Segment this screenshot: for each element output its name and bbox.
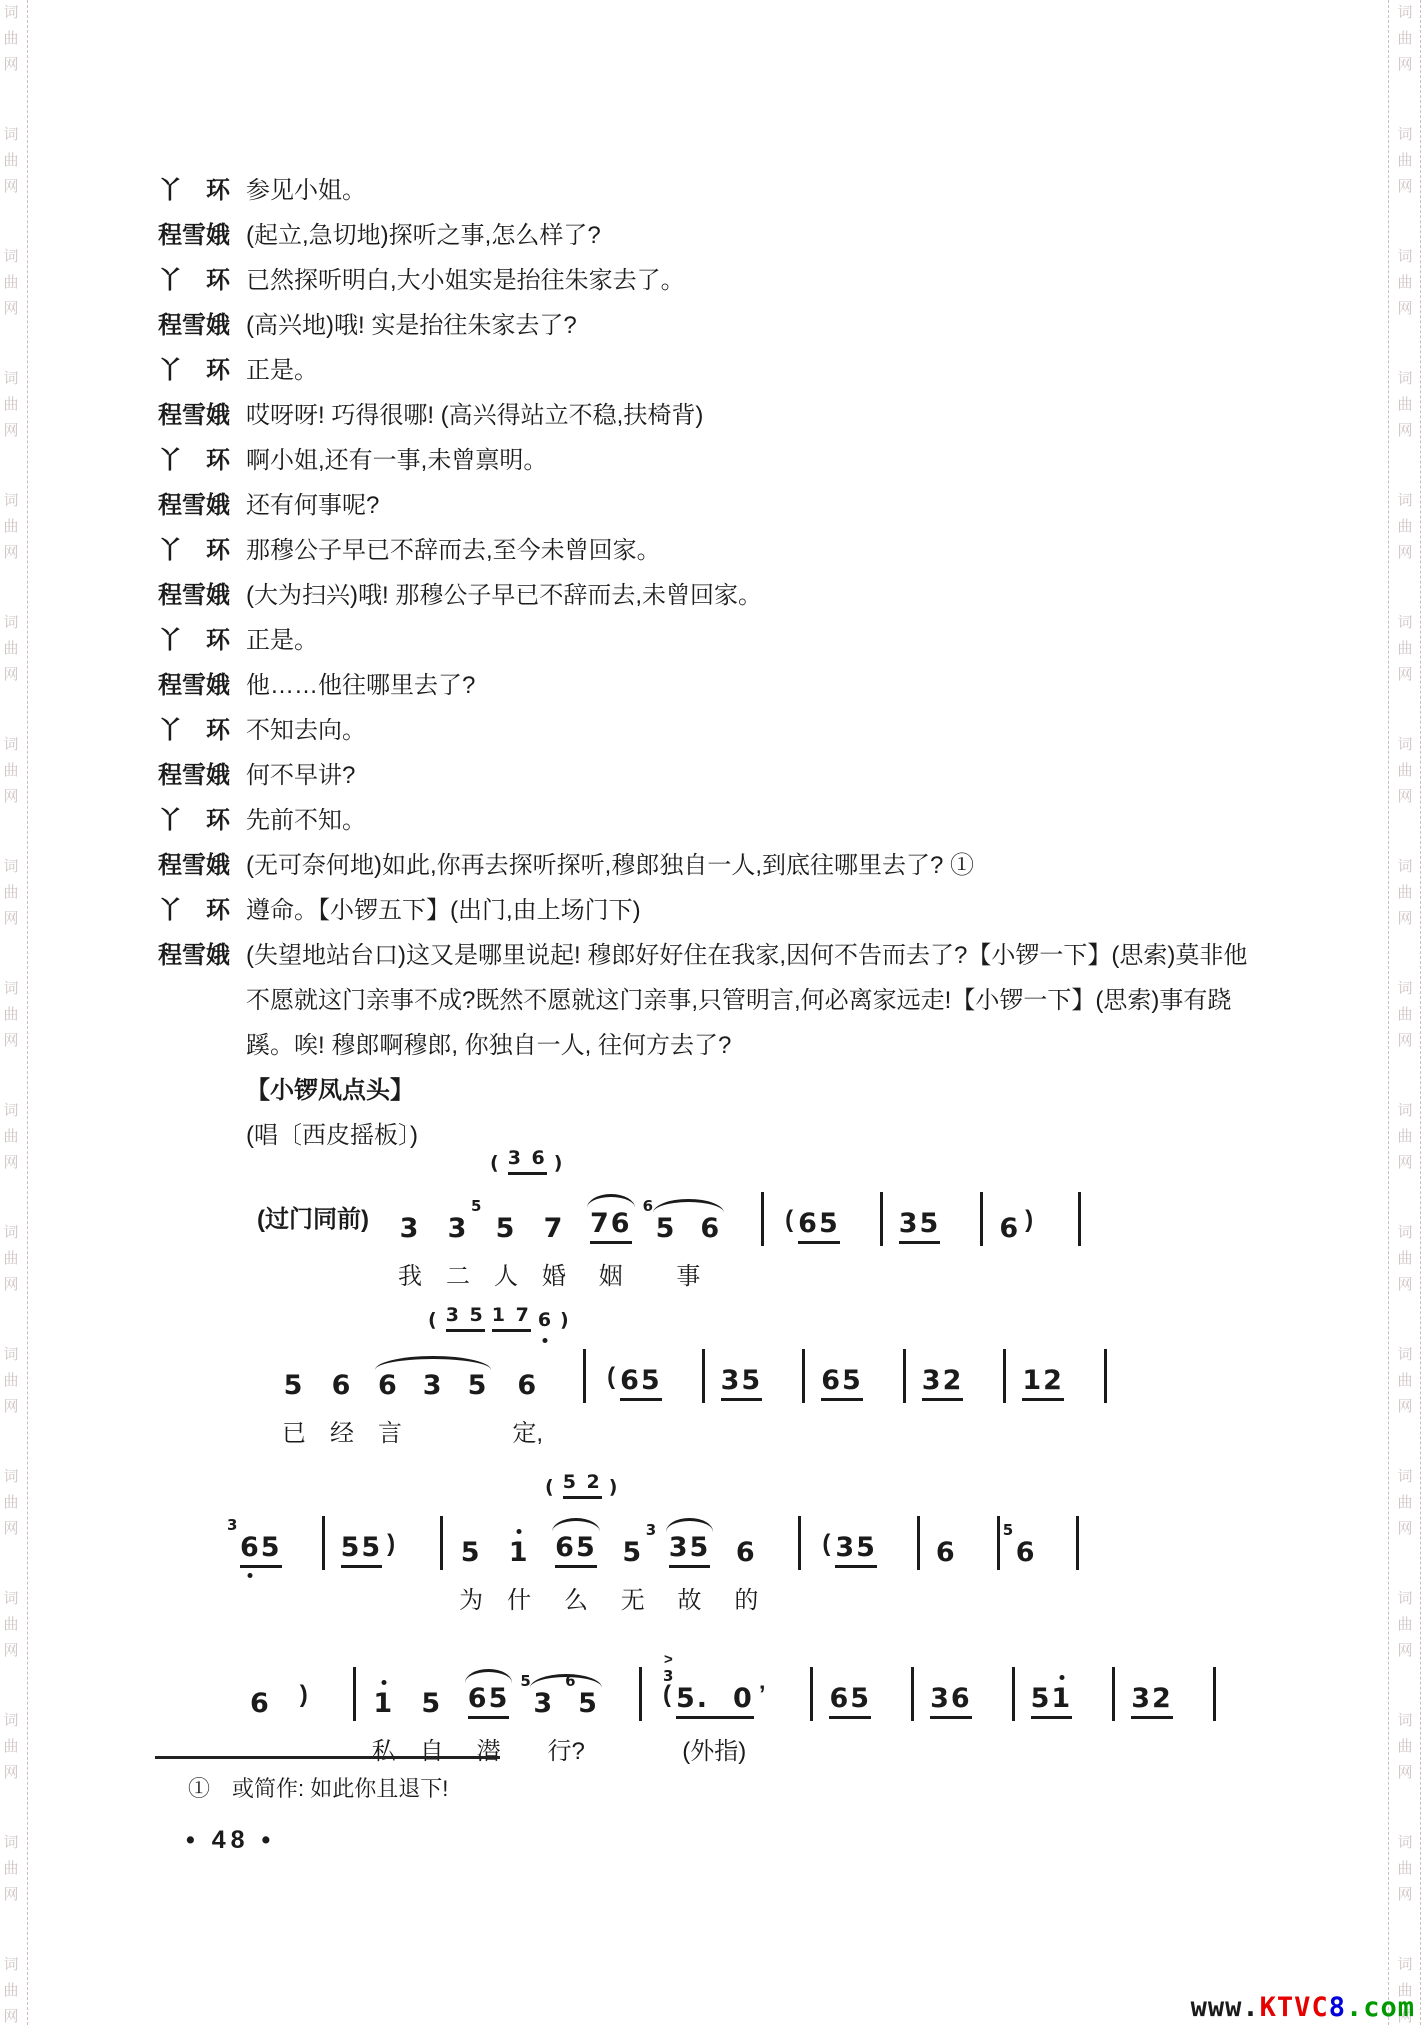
note-column: 51 xyxy=(1031,1667,1073,1719)
jianpu-note: ( xyxy=(428,1310,439,1332)
note-column: 3556行? xyxy=(533,1667,599,1766)
dialogue-line: 丫 环参见小姐。 xyxy=(158,168,1250,213)
dialogue-line: 程雪娥哎呀呀! 巧得很哪! (高兴得站立不稳,扶椅背) xyxy=(158,393,1250,438)
watermark-char: 曲 xyxy=(1397,1124,1412,1150)
accent-mark: > xyxy=(664,1651,673,1668)
note-column: (65 xyxy=(780,1192,840,1244)
jianpu-note: 76 xyxy=(590,1209,632,1244)
dialogue-text: 还有何事呢? xyxy=(246,483,1250,528)
bar-line xyxy=(880,1192,883,1246)
note-column: 35二 xyxy=(446,1192,470,1291)
watermark-char: 词 xyxy=(1397,122,1412,148)
jianpu-note: 6 xyxy=(538,1310,553,1332)
grace-note: 5 xyxy=(520,1672,530,1690)
dialogue-text: 先前不知。 xyxy=(246,798,1250,843)
inline-annotation: (5 2) xyxy=(545,1472,626,1499)
jianpu-note: 65 xyxy=(821,1366,863,1401)
watermark-char: 词 xyxy=(3,1464,18,1490)
watermark-char: 词 xyxy=(1397,244,1412,270)
watermark-char: 网 xyxy=(3,540,18,566)
jianpu-note: 53 xyxy=(622,1538,643,1568)
watermark-char: 词 xyxy=(3,122,18,148)
grace-note: 5 xyxy=(471,1197,481,1215)
tie-arc xyxy=(465,1669,513,1683)
note-group: 3556 xyxy=(533,1689,599,1719)
dialogue-line: 【小锣凤点头】 xyxy=(158,1068,1250,1113)
note-column: 6定, xyxy=(512,1349,543,1448)
inline-annotation: (3 6) xyxy=(490,1148,571,1175)
speaker-name: 丫 环 xyxy=(158,798,246,843)
watermark-char: 词 xyxy=(3,610,18,636)
watermark-char: 曲 xyxy=(3,1978,18,2004)
watermark-char: 网 xyxy=(1397,296,1412,322)
site-watermark: www.KTVC8.com xyxy=(1191,1992,1415,2023)
lyric-char: 姻 xyxy=(599,1256,623,1291)
lyric-char: 经 xyxy=(330,1413,354,1448)
octave-dot-below xyxy=(543,1338,548,1343)
watermark-char: 网 xyxy=(3,1394,18,1420)
watermark-char: 词 xyxy=(3,732,18,758)
watermark-char: 网 xyxy=(3,1760,18,1786)
watermark-char: 曲 xyxy=(3,636,18,662)
watermark-char: 词 xyxy=(1397,1220,1412,1246)
lyric-char: 已 xyxy=(282,1413,306,1448)
paren-open: ( xyxy=(822,1520,830,1568)
note-group: 635 xyxy=(378,1371,488,1401)
bar-line xyxy=(702,1349,705,1403)
watermark-group: 词曲网 xyxy=(1394,1342,1416,1420)
jianpu-note: 7 xyxy=(544,1214,565,1244)
bar-line xyxy=(322,1516,325,1570)
jianpu-note: 6 xyxy=(700,1214,721,1244)
watermark-char: 网 xyxy=(1397,662,1412,688)
dialogue-text: (大为扫兴)哦! 那穆公子早已不辞而去,未曾回家。 xyxy=(246,573,1250,618)
jianpu-note: 6 xyxy=(250,1689,271,1719)
note-column: 65 xyxy=(1016,1516,1037,1568)
watermark-char: 词 xyxy=(3,1830,18,1856)
speaker-name: 丫 环 xyxy=(158,168,246,213)
jianpu-note: 35 xyxy=(899,1209,941,1244)
note-column: 5为 xyxy=(459,1516,483,1615)
watermark-char: 网 xyxy=(1397,540,1412,566)
tie-arc xyxy=(530,1674,602,1688)
watermark-group: 词曲网 xyxy=(0,854,22,932)
bar-line xyxy=(1078,1192,1081,1246)
watermark-char: 曲 xyxy=(1397,270,1412,296)
watermark-char: 网 xyxy=(1397,1394,1412,1420)
note-group: 566 xyxy=(656,1214,722,1244)
watermark-char: 词 xyxy=(3,1952,18,1978)
watermark-char: 网 xyxy=(3,1882,18,1908)
lyric-char: 行? xyxy=(547,1731,584,1766)
note-column: 5自 xyxy=(420,1667,444,1766)
dialogue-text: (无可奈何地)如此,你再去探听探听,穆郎独自一人,到底往哪里去了? ① xyxy=(246,843,1250,888)
speaker-name: 丫 环 xyxy=(158,708,246,753)
speaker-name: 丫 环 xyxy=(158,618,246,663)
tie-arc xyxy=(552,1518,600,1532)
grace-note: 3 xyxy=(663,1667,673,1685)
jianpu-note: 6 xyxy=(736,1538,757,1568)
bar-line xyxy=(1213,1667,1216,1721)
jianpu-note: 5 2 xyxy=(563,1472,602,1499)
watermark-char: 词 xyxy=(3,1342,18,1368)
left-dashed-border xyxy=(27,0,28,2025)
watermark-group: 词曲网 xyxy=(1394,1098,1416,1176)
watermark-char: 曲 xyxy=(1397,880,1412,906)
watermark-char: 曲 xyxy=(3,1612,18,1638)
dialogue-text: 何不早讲? xyxy=(246,753,1250,798)
jianpu-note: 65 xyxy=(1016,1538,1037,1568)
watermark-char: 词 xyxy=(1397,1098,1412,1124)
music-line-3: (5 2)65355)5为1什65么53无35故6的(35665 xyxy=(240,1472,1095,1615)
bar-line xyxy=(353,1667,356,1721)
watermark-group: 词曲网 xyxy=(1394,976,1416,1054)
watermark-group: 词曲网 xyxy=(0,1586,22,1664)
dialogue-line: 丫 环先前不知。 xyxy=(158,798,1250,843)
note-column: 65么 xyxy=(555,1516,597,1615)
dialogue-line: 丫 环遵命。【小锣五下】(出门,由上场门下) xyxy=(158,888,1250,933)
watermark-char: 词 xyxy=(3,854,18,880)
watermark-char: 词 xyxy=(1397,0,1412,26)
note-column: 7婚 xyxy=(542,1192,566,1291)
jianpu-note: 5 xyxy=(496,1214,517,1244)
dialogue-text: 正是。 xyxy=(246,618,1250,663)
lyric-char: 什 xyxy=(507,1580,531,1615)
note-column: 32 xyxy=(922,1349,964,1401)
watermark-group: 词曲网 xyxy=(0,1098,22,1176)
music-line-2: (3 51 76)5已6经635言6定,(6535653212 xyxy=(282,1305,1123,1448)
jianpu-note: 55 xyxy=(341,1533,383,1568)
bar-line xyxy=(911,1667,914,1721)
watermark-char: 曲 xyxy=(1397,514,1412,540)
bar-line xyxy=(1104,1349,1107,1403)
watermark-group: 词曲网 xyxy=(0,1830,22,1908)
note-column: 35 xyxy=(899,1192,941,1244)
dialogue-text: 不知去向。 xyxy=(246,708,1250,753)
bar-line xyxy=(1076,1516,1079,1570)
note-column: 65 xyxy=(829,1667,871,1719)
watermark-char: 词 xyxy=(3,1220,18,1246)
watermark-char: 曲 xyxy=(1397,148,1412,174)
watermark-char: 曲 xyxy=(1397,1002,1412,1028)
note-column: (65 xyxy=(602,1349,662,1401)
paren-open: ( xyxy=(785,1196,793,1244)
lyric-char: 婚 xyxy=(542,1256,566,1291)
jianpu-note: 3 5 xyxy=(446,1305,485,1332)
watermark-char: 网 xyxy=(1397,784,1412,810)
dialogue-line: 丫 环不知去向。 xyxy=(158,708,1250,753)
site-watermark-part: KTVC xyxy=(1260,1992,1329,2023)
dialogue-line: 程雪娥(高兴地)哦! 实是抬往朱家去了? xyxy=(158,303,1250,348)
watermark-char: 词 xyxy=(1397,854,1412,880)
note-column: 35 xyxy=(721,1349,763,1401)
inline-text: ) xyxy=(300,1671,308,1719)
jianpu-note: ( xyxy=(490,1153,501,1175)
speaker-name: 丫 环 xyxy=(158,438,246,483)
jianpu-note: 35 xyxy=(533,1689,554,1719)
note-column: 5已 xyxy=(282,1349,306,1448)
watermark-char: 曲 xyxy=(3,1246,18,1272)
watermark-char: 网 xyxy=(3,52,18,78)
note-column: (过门同前) xyxy=(252,1192,374,1244)
watermark-char: 词 xyxy=(3,366,18,392)
speaker-name: 丫 环 xyxy=(158,888,246,933)
watermark-char: 网 xyxy=(1397,1638,1412,1664)
watermark-char: 曲 xyxy=(3,514,18,540)
lyric-char: 无 xyxy=(621,1580,645,1615)
watermark-char: 网 xyxy=(1397,1516,1412,1542)
watermark-char: 曲 xyxy=(3,26,18,52)
paren-close: ) xyxy=(387,1520,395,1568)
dialogue-line: 丫 环正是。 xyxy=(158,348,1250,393)
bar-line xyxy=(761,1192,764,1246)
lyric-char: (外指) xyxy=(682,1731,746,1766)
note-column: 635言 xyxy=(378,1349,488,1448)
jianpu-note: 6 xyxy=(999,1214,1020,1244)
note-column: 55) xyxy=(341,1516,401,1568)
watermark-char: 曲 xyxy=(1397,1734,1412,1760)
watermark-char: 词 xyxy=(1397,1586,1412,1612)
jianpu-note: 5 xyxy=(284,1371,305,1401)
watermark-char: 曲 xyxy=(3,1124,18,1150)
jianpu-note: 0 xyxy=(733,1684,754,1714)
bar-line xyxy=(903,1349,906,1403)
jianpu-note: 65 xyxy=(620,1366,662,1401)
lyric-char: 为 xyxy=(459,1580,483,1615)
note-column: 65 xyxy=(821,1349,863,1401)
lyric-char: 定, xyxy=(512,1413,543,1448)
jianpu-note: 653 xyxy=(240,1533,282,1568)
note-column: 566事 xyxy=(656,1192,722,1291)
dialogue-line: 程雪娥(大为扫兴)哦! 那穆公子早已不辞而去,未曾回家。 xyxy=(158,573,1250,618)
watermark-char: 曲 xyxy=(1397,1246,1412,1272)
jianpu-note: 3 xyxy=(400,1214,421,1244)
jianpu-note: 3 6 xyxy=(508,1148,547,1175)
site-watermark-part: .com xyxy=(1346,1992,1415,2023)
watermark-char: 词 xyxy=(1397,976,1412,1002)
lyric-char: 自 xyxy=(420,1731,444,1766)
watermark-group: 词曲网 xyxy=(0,1464,22,1542)
jianpu-note: 35 xyxy=(448,1214,469,1244)
watermark-group: 词曲网 xyxy=(1394,1220,1416,1298)
watermark-char: 网 xyxy=(3,2004,18,2025)
bar-line xyxy=(1112,1667,1115,1721)
music-line-1: (3 6)(过门同前)3我35二5人7婚76姻566事(65356) xyxy=(252,1148,1097,1291)
watermark-char: 词 xyxy=(1397,1952,1412,1978)
music-line-4: 6)1私5自65潜3556行?(5.3>0’(外指)65365132 xyxy=(250,1642,1232,1766)
bar-line xyxy=(639,1667,642,1721)
jianpu-note: ) xyxy=(560,1310,571,1332)
dialogue-line: 丫 环已然探听明白,大小姐实是抬往朱家去了。 xyxy=(158,258,1250,303)
footnote-text: ① 或简作: 如此你且退下! xyxy=(188,1772,448,1803)
watermark-group: 词曲网 xyxy=(1394,244,1416,322)
note-column: ) xyxy=(295,1667,313,1719)
note-column: 3我 xyxy=(398,1192,422,1291)
grace-note: 3 xyxy=(227,1516,237,1534)
watermark-char: 网 xyxy=(3,1516,18,1542)
watermark-group: 词曲网 xyxy=(1394,488,1416,566)
speaker-name: 程雪娥 xyxy=(158,933,246,978)
note-column: 36 xyxy=(930,1667,972,1719)
dialogue-text: (失望地站台口)这又是哪里说起! 穆郎好好住在我家,因何不告而去了?【小锣一下】… xyxy=(246,933,1250,1068)
grace-note: 3 xyxy=(646,1521,656,1539)
score-page: 词曲网词曲网词曲网词曲网词曲网词曲网词曲网词曲网词曲网词曲网词曲网词曲网词曲网词… xyxy=(0,0,1425,2025)
footnote-rule xyxy=(155,1756,500,1759)
octave-dot-above xyxy=(1059,1675,1064,1680)
note-column: 653 xyxy=(240,1516,282,1568)
watermark-char: 网 xyxy=(3,784,18,810)
watermark-char: 词 xyxy=(1397,1708,1412,1734)
watermark-group: 词曲网 xyxy=(0,244,22,322)
watermark-group: 词曲网 xyxy=(1394,1586,1416,1664)
watermark-char: 曲 xyxy=(3,758,18,784)
note-column: 1私 xyxy=(372,1667,396,1766)
jianpu-note: ) xyxy=(609,1477,620,1499)
watermark-char: 网 xyxy=(3,662,18,688)
dialogue-text: 【小锣凤点头】 xyxy=(246,1068,1250,1113)
watermark-char: 网 xyxy=(3,1150,18,1176)
watermark-char: 曲 xyxy=(3,1856,18,1882)
bar-line xyxy=(917,1516,920,1570)
watermark-char: 词 xyxy=(1397,1830,1412,1856)
bar-line xyxy=(802,1349,805,1403)
watermark-group: 词曲网 xyxy=(0,976,22,1054)
note-column: 6的 xyxy=(734,1516,758,1615)
jianpu-note: 65 xyxy=(468,1684,510,1719)
speaker-name: 程雪娥 xyxy=(158,393,246,438)
watermark-char: 网 xyxy=(3,418,18,444)
jianpu-note: ) xyxy=(554,1153,565,1175)
watermark-char: 词 xyxy=(1397,1342,1412,1368)
jianpu-note: 56 xyxy=(656,1214,677,1244)
lyric-char: 我 xyxy=(398,1256,422,1291)
bar-line xyxy=(810,1667,813,1721)
note-column: 65潜 xyxy=(468,1667,510,1766)
watermark-char: 曲 xyxy=(3,1734,18,1760)
watermark-char: 曲 xyxy=(1397,758,1412,784)
note-group: 5.3>0 xyxy=(676,1684,754,1719)
dialogue-text: 他……他往哪里去了? xyxy=(246,663,1250,708)
right-outer-dashed-border xyxy=(1420,0,1421,2025)
tie-arc xyxy=(375,1356,491,1370)
note-column: 76姻 xyxy=(590,1192,632,1291)
jianpu-note: 5.3> xyxy=(676,1684,709,1714)
left-edge-watermark: 词曲网词曲网词曲网词曲网词曲网词曲网词曲网词曲网词曲网词曲网词曲网词曲网词曲网词… xyxy=(0,0,22,2025)
speaker-name: 丫 环 xyxy=(158,348,246,393)
jianpu-note: 6 xyxy=(378,1371,399,1401)
watermark-group: 词曲网 xyxy=(0,1342,22,1420)
watermark-group: 词曲网 xyxy=(0,610,22,688)
watermark-char: 曲 xyxy=(1397,392,1412,418)
watermark-group: 词曲网 xyxy=(0,122,22,200)
octave-dot-above xyxy=(517,1529,522,1534)
watermark-char: 网 xyxy=(1397,52,1412,78)
dialogue-line: 程雪娥(无可奈何地)如此,你再去探听探听,穆郎独自一人,到底往哪里去了? ① xyxy=(158,843,1250,888)
note-column: 5人 xyxy=(494,1192,518,1291)
paren-close: ’ xyxy=(759,1671,766,1719)
dialogue-line: 程雪娥(失望地站台口)这又是哪里说起! 穆郎好好住在我家,因何不告而去了?【小锣… xyxy=(158,933,1250,1068)
lyric-char: 人 xyxy=(494,1256,518,1291)
jianpu-note: 35 xyxy=(721,1366,763,1401)
watermark-char: 网 xyxy=(3,1272,18,1298)
watermark-group: 词曲网 xyxy=(0,732,22,810)
note-column: 12 xyxy=(1022,1349,1064,1401)
watermark-char: 网 xyxy=(1397,174,1412,200)
note-column: 32 xyxy=(1131,1667,1173,1719)
dialogue-line: 程雪娥他……他往哪里去了? xyxy=(158,663,1250,708)
watermark-char: 网 xyxy=(3,296,18,322)
watermark-char: 词 xyxy=(3,976,18,1002)
tie-arc xyxy=(666,1518,714,1532)
bar-line xyxy=(1003,1349,1006,1403)
watermark-char: 词 xyxy=(3,1586,18,1612)
jianpu-note: 35 xyxy=(669,1533,711,1568)
dialogue-line: 程雪娥(起立,急切地)探听之事,怎么样了? xyxy=(158,213,1250,258)
speaker-name: 程雪娥 xyxy=(158,483,246,528)
bar-line xyxy=(1012,1667,1015,1721)
jianpu-note: 3 xyxy=(423,1371,444,1401)
note-column: 1什 xyxy=(507,1516,531,1615)
watermark-char: 词 xyxy=(1397,610,1412,636)
dialogue-line: 丫 环正是。 xyxy=(158,618,1250,663)
lyric-char: 故 xyxy=(678,1580,702,1615)
grace-note: 6 xyxy=(643,1197,653,1215)
watermark-group: 词曲网 xyxy=(0,0,22,78)
watermark-char: 曲 xyxy=(1397,1490,1412,1516)
watermark-char: 网 xyxy=(1397,418,1412,444)
lyric-char: 事 xyxy=(676,1256,700,1291)
watermark-char: 曲 xyxy=(1397,26,1412,52)
watermark-char: 曲 xyxy=(1397,636,1412,662)
jianpu-note: 1 7 xyxy=(492,1305,531,1332)
tie-arc xyxy=(653,1199,725,1213)
watermark-char: 词 xyxy=(1397,366,1412,392)
jianpu-note: 35 xyxy=(835,1533,877,1568)
paren-open: ( xyxy=(607,1353,615,1401)
jianpu-note: ( xyxy=(545,1477,556,1499)
jianpu-note: 5 xyxy=(461,1538,482,1568)
dialogue-text: (高兴地)哦! 实是抬往朱家去了? xyxy=(246,303,1250,348)
watermark-char: 曲 xyxy=(3,148,18,174)
note-column: 6 xyxy=(936,1516,957,1568)
speaker-name: 程雪娥 xyxy=(158,573,246,618)
bar-line xyxy=(440,1516,443,1570)
watermark-char: 词 xyxy=(1397,1464,1412,1490)
jianpu-note: 32 xyxy=(1131,1684,1173,1719)
watermark-group: 词曲网 xyxy=(1394,1464,1416,1542)
dialogue-text: 哎呀呀! 巧得很哪! (高兴得站立不稳,扶椅背) xyxy=(246,393,1250,438)
watermark-char: 网 xyxy=(1397,1882,1412,1908)
watermark-group: 词曲网 xyxy=(1394,0,1416,78)
watermark-char: 曲 xyxy=(1397,1856,1412,1882)
lyric-char: 潜 xyxy=(477,1731,501,1766)
jianpu-note: 65 xyxy=(798,1209,840,1244)
jianpu-note: 32 xyxy=(922,1366,964,1401)
right-dashed-border xyxy=(1388,0,1389,2025)
watermark-char: 词 xyxy=(3,0,18,26)
speaker-name: 程雪娥 xyxy=(158,213,246,258)
jianpu-note: 65 xyxy=(555,1533,597,1568)
dialogue-line: 丫 环啊小姐,还有一事,未曾禀明。 xyxy=(158,438,1250,483)
watermark-char: 网 xyxy=(3,906,18,932)
jianpu-note: 56 xyxy=(578,1689,599,1719)
watermark-char: 网 xyxy=(1397,1272,1412,1298)
bar-line xyxy=(980,1192,983,1246)
watermark-char: 网 xyxy=(3,1638,18,1664)
dialogue-text: 正是。 xyxy=(246,348,1250,393)
watermark-char: 曲 xyxy=(3,1368,18,1394)
inline-annotation: (3 51 76) xyxy=(428,1305,578,1332)
